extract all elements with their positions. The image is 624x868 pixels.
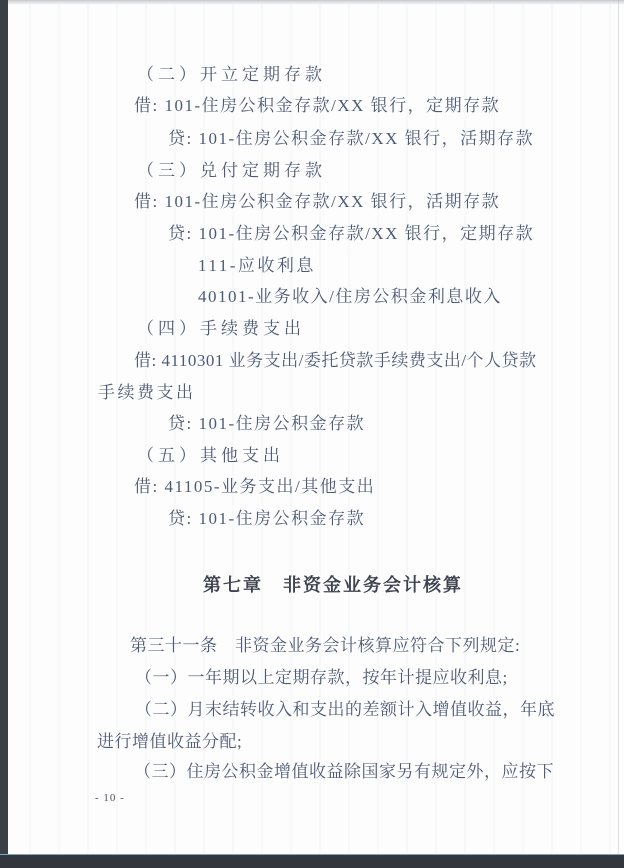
doc-line: 手续费支出 [98,383,196,402]
doc-line: 贷: 101-住房公积金存款 [168,509,365,528]
paper-right-edge [618,0,619,855]
doc-line: （三）兑付定期存款 [137,161,326,180]
doc-line: 进行增值收益分配; [97,732,242,751]
doc-line: （五）其他支出 [137,446,284,465]
doc-line: 111-应收利息 [198,256,316,275]
scan-left-edge [0,0,8,868]
doc-line: （四）手续费支出 [137,319,305,338]
scanned-document-page: （二）开立定期存款 借: 101-住房公积金存款/XX 银行，定期存款 贷: 1… [0,0,624,868]
doc-line: （三）住房公积金增值收益除国家另有规定外，应按下 [134,762,554,781]
scan-bottom-edge [0,854,624,868]
scan-top-edge [0,0,624,5]
doc-line: 贷: 101-住房公积金存款/XX 银行，活期存款 [168,129,534,148]
doc-line: 第三十一条 非资金业务会计核算应符合下列规定: [130,636,520,655]
chapter-heading: 第七章 非资金业务会计核算 [203,571,463,597]
doc-line: 借: 4110301 业务支出/委托贷款手续费支出/个人贷款 [134,351,537,370]
page-number: - 10 - [95,792,125,804]
doc-line: （二）开立定期存款 [137,65,326,84]
doc-line: （一）一年期以上定期存款，按年计提应收利息; [135,668,508,687]
doc-line: 借: 101-住房公积金存款/XX 银行，定期存款 [134,96,500,115]
doc-line: 40101-业务收入/住房公积金利息收入 [198,287,502,306]
doc-line: 借: 101-住房公积金存款/XX 银行，活期存款 [134,192,500,211]
doc-line: 借: 41105-业务支出/其他支出 [134,477,375,496]
doc-line: 贷: 101-住房公积金存款/XX 银行，定期存款 [168,224,534,243]
doc-line: 贷: 101-住房公积金存款 [168,414,365,433]
doc-line: （二）月末结转收入和支出的差额计入增值收益，年底 [135,700,555,719]
